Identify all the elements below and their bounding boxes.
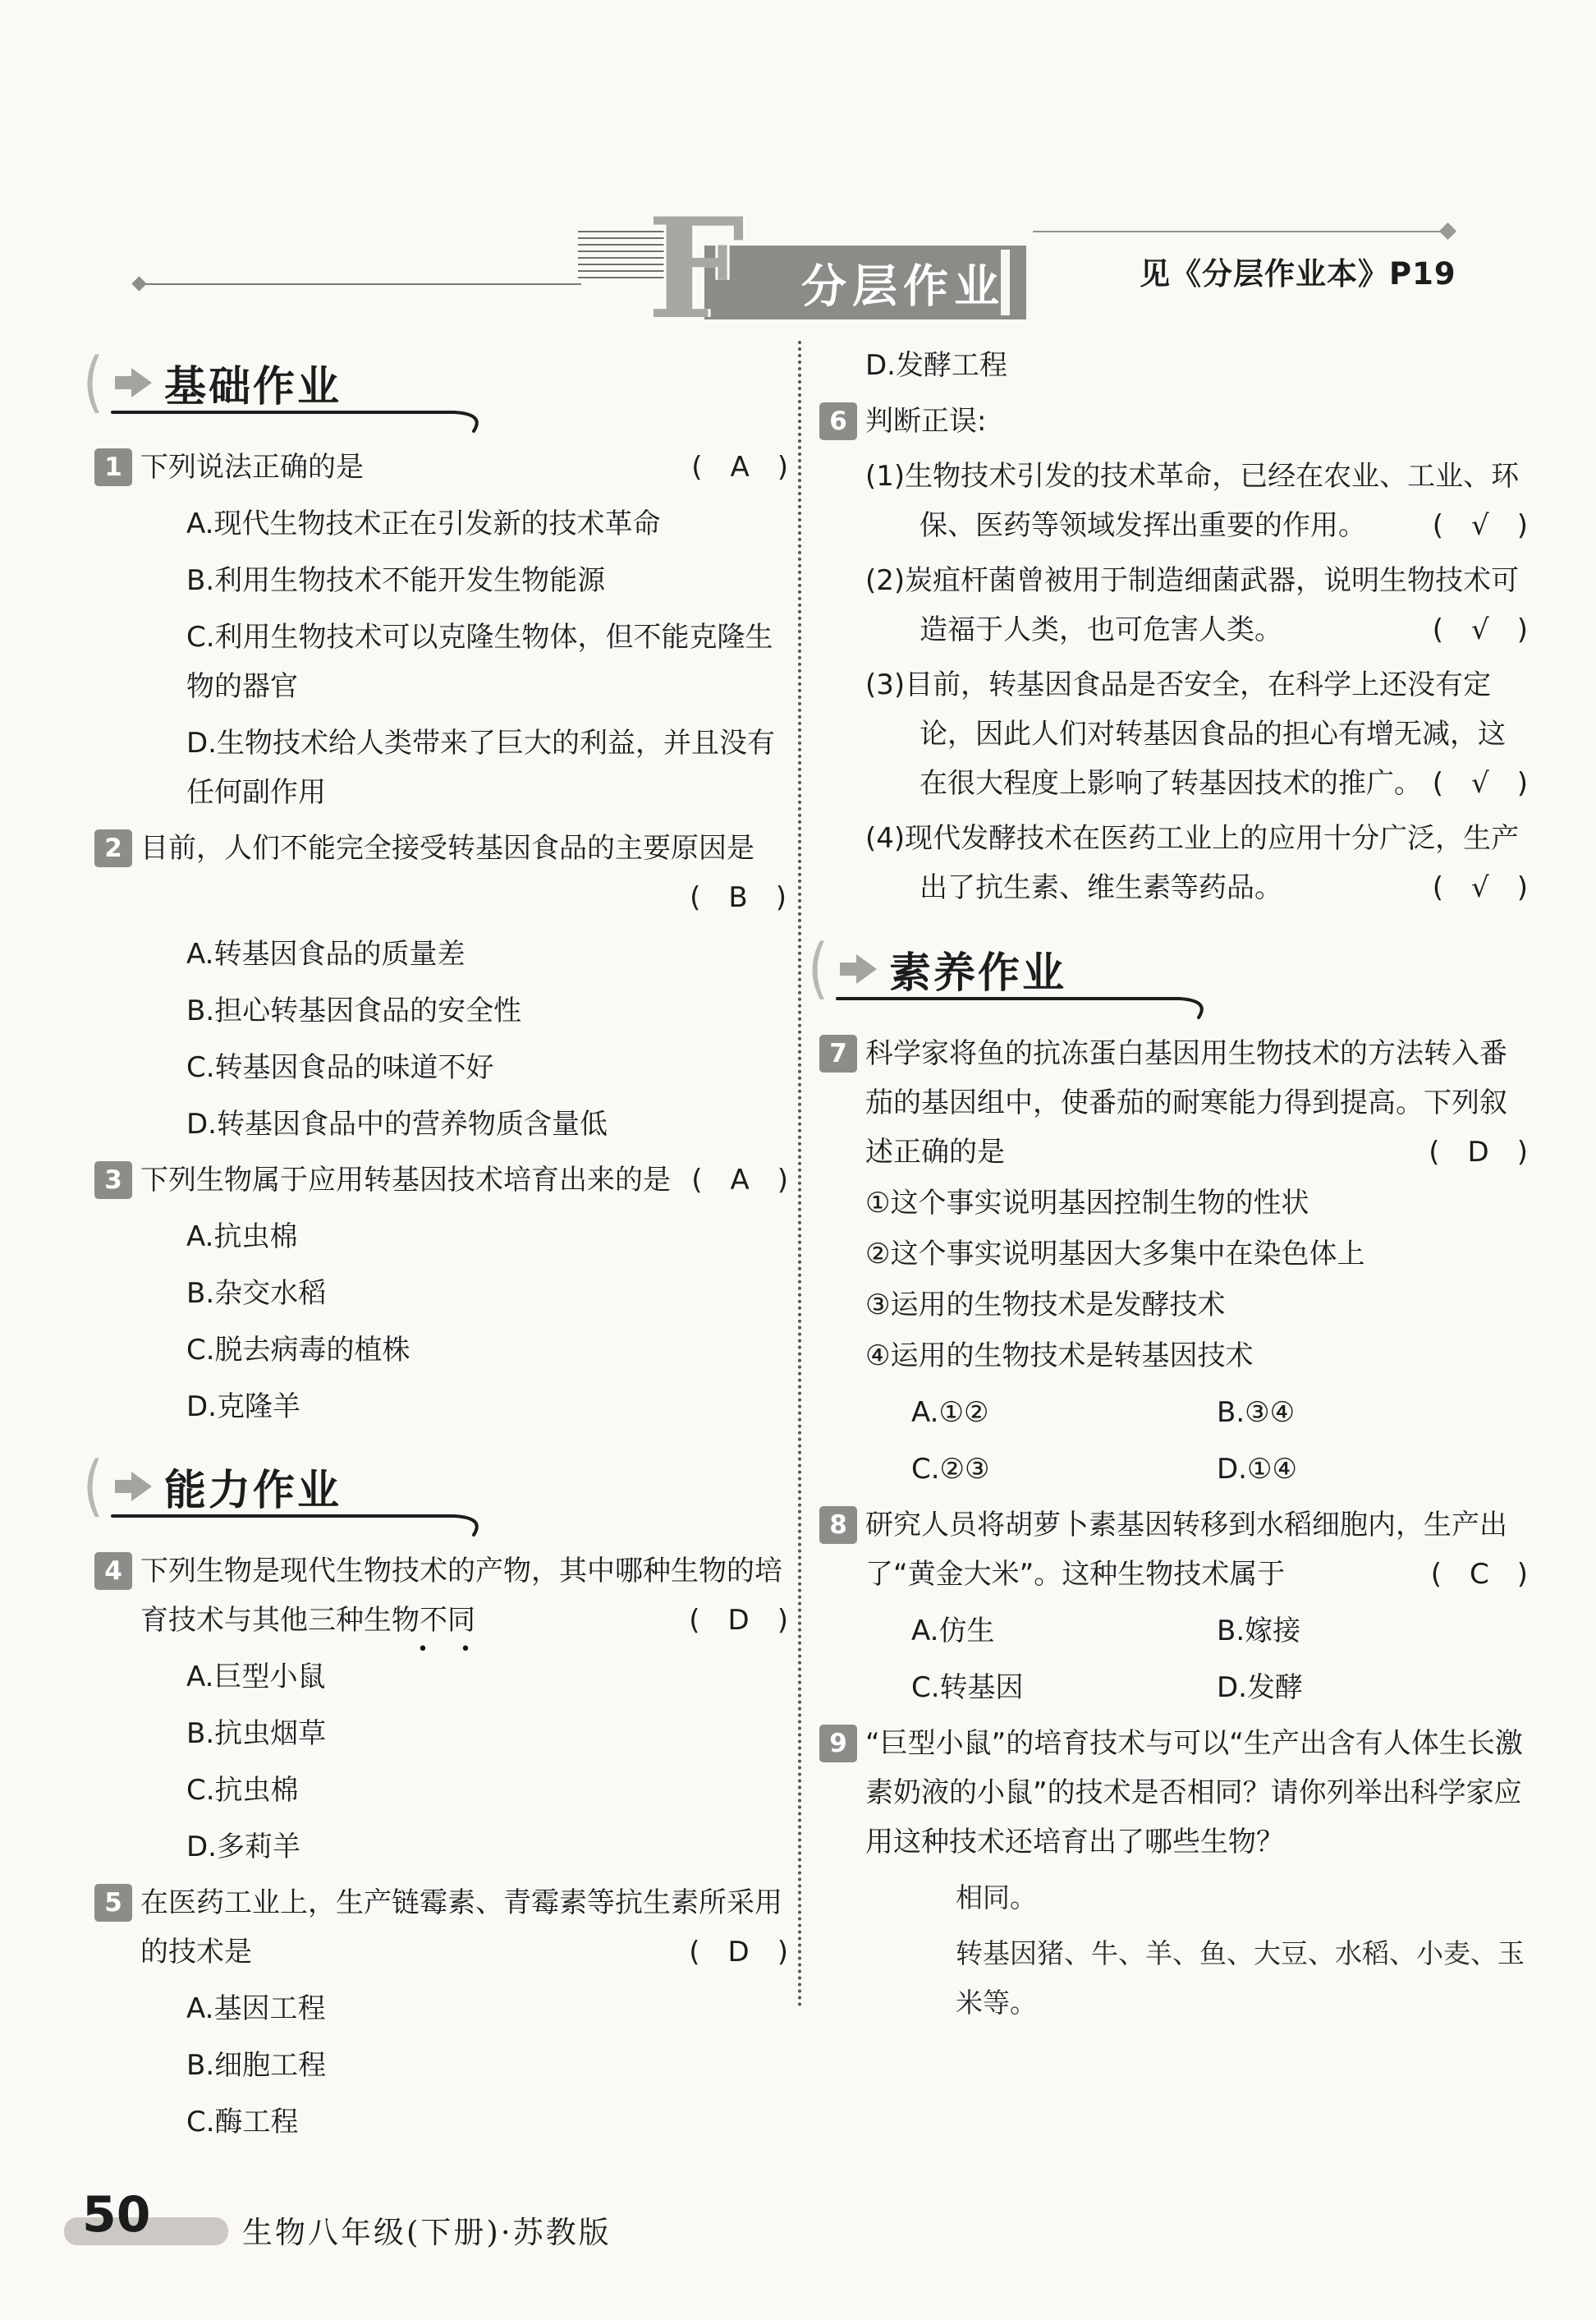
option-c: C.酶工程: [186, 2097, 788, 2147]
option-d: D.①④: [1217, 1445, 1297, 1494]
header-rule-left: [140, 283, 581, 285]
question-4: 4 下列生物是现代生物技术的产物，其中哪种生物的培育技术与其他三种生物不同( D…: [94, 1546, 788, 1872]
question-stem: 目前，人们不能完全接受转基因食品的主要原因是: [140, 824, 788, 873]
option-a: A.①②: [911, 1388, 1217, 1437]
judge-item-2: (2)炭疽杆菌曾被用于制造细菌武器，说明生物技术可造福于人类，也可危害人类。( …: [865, 556, 1528, 655]
question-8: 8 研究人员将胡萝卜素基因转移到水稻细胞内，生产出了“黄金大米”。这种生物技术属…: [819, 1500, 1528, 1712]
option-row: A.①② B.③④: [911, 1388, 1528, 1437]
book-title: 生物八年级(下册)·苏教版: [242, 2207, 612, 2252]
question-stem: 判断正误:: [865, 397, 1528, 446]
question-5: 5 在医药工业上，生产链霉素、青霉素等抗生素所采用的技术是( D ) A.基因工…: [94, 1878, 788, 2147]
reference-note: 见《分层作业本》P19: [1140, 249, 1456, 293]
option-b: B.③④: [1217, 1388, 1295, 1437]
question-number: 7: [819, 1035, 857, 1073]
question-stem: 下列生物是现代生物技术的产物，其中哪种生物的培育技术与其他三种生物不同( D ): [140, 1546, 788, 1645]
option-c: C.转基因食品的味道不好: [186, 1043, 788, 1092]
section-title-ability: 能力作业: [164, 1456, 342, 1517]
arrow-right-icon: [115, 1472, 153, 1501]
option-a: A.现代生物技术正在引发新的技术革命: [186, 499, 788, 549]
stem-text: 在医药工业上，生产链霉素、青霉素等抗生素所采用的技术是: [140, 1886, 782, 1969]
question-stem: 研究人员将胡萝卜素基因转移到水稻细胞内，生产出了“黄金大米”。这种生物技术属于(…: [865, 1500, 1528, 1599]
option-list: A.基因工程 B.细胞工程 C.酶工程: [186, 1984, 788, 2147]
question-stem: “巨型小鼠”的培育技术与可以“生产出含有人体生长激素奶液的小鼠”的技术是否相同？…: [865, 1719, 1528, 1867]
question-5-continuation: D.发酵工程: [819, 341, 1528, 390]
option-row: C.转基因 D.发酵: [911, 1663, 1528, 1712]
option-a: A.基因工程: [186, 1984, 788, 2033]
header-rule-right: [1033, 231, 1447, 232]
judge-text: (4)现代发酵技术在医药工业上的应用十分广泛，生产出了抗生素、维生素等药品。: [865, 822, 1519, 904]
option-d: D.发酵工程: [865, 341, 1528, 390]
question-stem: 下列说法正确的是( A ): [140, 443, 788, 492]
column-divider: [798, 341, 801, 2008]
judge-mark: ( √ ): [1487, 863, 1528, 912]
question-number: 5: [94, 1884, 132, 1922]
question-number: 8: [819, 1506, 857, 1544]
option-d: D.克隆羊: [186, 1382, 788, 1431]
answer-key: ( A ): [691, 1155, 788, 1205]
question-7: 7 科学家将鱼的抗冻蛋白基因用生物技术的方法转入番茄的基因组中，使番茄的耐寒能力…: [819, 1029, 1528, 1494]
answer-key: ( D ): [689, 1596, 788, 1645]
option-list: A.现代生物技术正在引发新的技术革命 B.利用生物技术不能开发生物能源 C.利用…: [186, 499, 788, 817]
judge-text: (1)生物技术引发的技术革命，已经在农业、工业、环保、医药等领域发挥出重要的作用…: [865, 460, 1519, 542]
section-header-literacy: ( 素养作业: [808, 935, 1528, 1014]
question-9: 9 “巨型小鼠”的培育技术与可以“生产出含有人体生长激素奶液的小鼠”的技术是否相…: [819, 1719, 1528, 2028]
option-d: D.生物技术给人类带来了巨大的利益，并且没有任何副作用: [186, 719, 788, 817]
option-d: D.转基因食品中的营养物质含量低: [186, 1100, 788, 1149]
section-title-basic: 基础作业: [164, 352, 342, 413]
option-b: B.抗虫烟草: [186, 1709, 788, 1758]
stem-emphasis: 不同: [420, 1596, 475, 1645]
question-number: 2: [94, 829, 132, 867]
option-b: B.杂交水稻: [186, 1269, 788, 1318]
section-underline-decoration: [836, 995, 1222, 1021]
option-a: A.仿生: [911, 1606, 1217, 1656]
option-list: A.转基因食品的质量差 B.担心转基因食品的安全性 C.转基因食品的味道不好 D…: [186, 930, 788, 1149]
page-title: 分层作业: [801, 250, 1005, 315]
question-1: 1 下列说法正确的是( A ) A.现代生物技术正在引发新的技术革命 B.利用生…: [94, 443, 788, 817]
right-column: D.发酵工程 6 判断正误: (1)生物技术引发的技术革命，已经在农业、工业、环…: [819, 341, 1528, 2028]
option-c: C.抗虫棉: [186, 1766, 788, 1815]
written-answer-2: 转基因猪、牛、羊、鱼、大豆、水稻、小麦、玉米等。: [956, 1929, 1528, 2028]
header-letter: F: [647, 200, 745, 338]
option-c: C.脱去病毒的植株: [186, 1325, 788, 1375]
judge-mark: ( √ ): [1487, 759, 1528, 808]
diamond-icon: [131, 276, 146, 291]
judge-text: (3)目前，转基因食品是否安全，在科学上还没有定论，因此人们对转基因食品的担心有…: [865, 668, 1506, 800]
option-a: A.巨型小鼠: [186, 1652, 788, 1702]
option-list: A.抗虫棉 B.杂交水稻 C.脱去病毒的植株 D.克隆羊: [186, 1212, 788, 1431]
question-number: 1: [94, 448, 132, 486]
option-b: B.细胞工程: [186, 2041, 788, 2090]
written-answer-1: 相同。: [956, 1873, 1528, 1923]
section-paren-decoration: (: [808, 936, 828, 1002]
option-b: B.嫁接: [1217, 1606, 1300, 1656]
stem-text: 判断正误:: [865, 405, 986, 438]
answer-key: ( B ): [140, 873, 788, 922]
judge-item-4: (4)现代发酵技术在医药工业上的应用十分广泛，生产出了抗生素、维生素等药品。( …: [865, 814, 1528, 912]
answer-key: ( D ): [1429, 1128, 1528, 1177]
judge-mark: ( √ ): [1487, 501, 1528, 550]
section-paren-decoration: (: [83, 1454, 103, 1519]
statement-2: ②这个事实说明基因大多集中在染色体上: [865, 1229, 1528, 1279]
option-b: B.担心转基因食品的安全性: [186, 986, 788, 1036]
option-c: C.②③: [911, 1445, 1217, 1494]
left-column: ( 基础作业 1 下列说法正确的是( A ) A.现代生物技术正在引发新的技术革…: [94, 341, 788, 2147]
question-number: 9: [819, 1725, 857, 1762]
stem-text: 科学家将鱼的抗冻蛋白基因用生物技术的方法转入番茄的基因组中，使番茄的耐寒能力得到…: [865, 1037, 1507, 1169]
answer-key: ( D ): [689, 1927, 788, 1977]
worksheet-page: F 分层作业 见《分层作业本》P19 ( 基础作业 1 下列说法正确的是( A …: [0, 0, 1596, 2320]
question-6: 6 判断正误: (1)生物技术引发的技术革命，已经在农业、工业、环保、医药等领域…: [819, 397, 1528, 912]
header-banner: 分层作业: [704, 246, 1026, 319]
question-number: 4: [94, 1552, 132, 1590]
arrow-right-icon: [115, 368, 153, 397]
section-inner: ( 基础作业: [83, 352, 342, 413]
section-inner: ( 能力作业: [83, 1456, 342, 1517]
section-title-literacy: 素养作业: [889, 939, 1066, 999]
content-columns: ( 基础作业 1 下列说法正确的是( A ) A.现代生物技术正在引发新的技术革…: [94, 341, 1528, 2147]
section-header-ability: ( 能力作业: [83, 1453, 788, 1532]
stem-text: “巨型小鼠”的培育技术与可以“生产出含有人体生长激素奶液的小鼠”的技术是否相同？…: [865, 1727, 1523, 1858]
statement-3: ③运用的生物技术是发酵技术: [865, 1280, 1528, 1330]
statement-list: ①这个事实说明基因控制生物的性状 ②这个事实说明基因大多集中在染色体上 ③运用的…: [865, 1178, 1528, 1381]
page-number: 50: [82, 2186, 151, 2244]
option-c: C.利用生物技术可以克隆生物体，但不能克隆生物的器官: [186, 613, 788, 711]
statement-4: ④运用的生物技术是转基因技术: [865, 1331, 1528, 1381]
option-a: A.转基因食品的质量差: [186, 930, 788, 979]
question-3: 3 下列生物属于应用转基因技术培育出来的是( A ) A.抗虫棉 B.杂交水稻 …: [94, 1155, 788, 1431]
stem-text: 目前，人们不能完全接受转基因食品的主要原因是: [140, 832, 754, 865]
question-number: 6: [819, 402, 857, 440]
option-row: A.仿生 B.嫁接: [911, 1606, 1528, 1656]
stem-text: 下列说法正确的是: [140, 451, 364, 484]
question-2: 2 目前，人们不能完全接受转基因食品的主要原因是 ( B ) A.转基因食品的质…: [94, 824, 788, 1149]
question-number: 3: [94, 1161, 132, 1199]
answer-key: ( C ): [1431, 1550, 1528, 1599]
judge-mark: ( √ ): [1487, 605, 1528, 655]
diamond-icon: [1439, 223, 1456, 240]
question-stem: 在医药工业上，生产链霉素、青霉素等抗生素所采用的技术是( D ): [140, 1878, 788, 1977]
question-stem: 科学家将鱼的抗冻蛋白基因用生物技术的方法转入番茄的基因组中，使番茄的耐寒能力得到…: [865, 1029, 1528, 1177]
banner-stripe: [1001, 250, 1010, 315]
section-inner: ( 素养作业: [808, 939, 1066, 999]
judge-item-1: (1)生物技术引发的技术革命，已经在农业、工业、环保、医药等领域发挥出重要的作用…: [865, 452, 1528, 550]
option-b: B.利用生物技术不能开发生物能源: [186, 556, 788, 605]
section-underline-decoration: [111, 1512, 497, 1538]
option-a: A.抗虫棉: [186, 1212, 788, 1261]
option-d: D.发酵: [1217, 1663, 1303, 1712]
arrow-right-icon: [840, 954, 878, 984]
section-header-basic: ( 基础作业: [83, 349, 788, 428]
option-d: D.多莉羊: [186, 1822, 788, 1872]
option-list: A.巨型小鼠 B.抗虫烟草 C.抗虫棉 D.多莉羊: [186, 1652, 788, 1872]
option-c: C.转基因: [911, 1663, 1217, 1712]
option-row: C.②③ D.①④: [911, 1445, 1528, 1494]
section-underline-decoration: [111, 408, 497, 434]
stem-text: 下列生物属于应用转基因技术培育出来的是: [140, 1164, 671, 1197]
judge-item-3: (3)目前，转基因食品是否安全，在科学上还没有定论，因此人们对转基因食品的担心有…: [865, 660, 1528, 808]
statement-1: ①这个事实说明基因控制生物的性状: [865, 1178, 1528, 1228]
answer-key: ( A ): [691, 443, 788, 492]
judge-text: (2)炭疽杆菌曾被用于制造细菌武器，说明生物技术可造福于人类，也可危害人类。: [865, 564, 1519, 646]
stem-text: 研究人员将胡萝卜素基因转移到水稻细胞内，生产出了“黄金大米”。这种生物技术属于: [865, 1509, 1507, 1591]
question-stem: 下列生物属于应用转基因技术培育出来的是( A ): [140, 1155, 788, 1205]
section-paren-decoration: (: [83, 350, 103, 416]
